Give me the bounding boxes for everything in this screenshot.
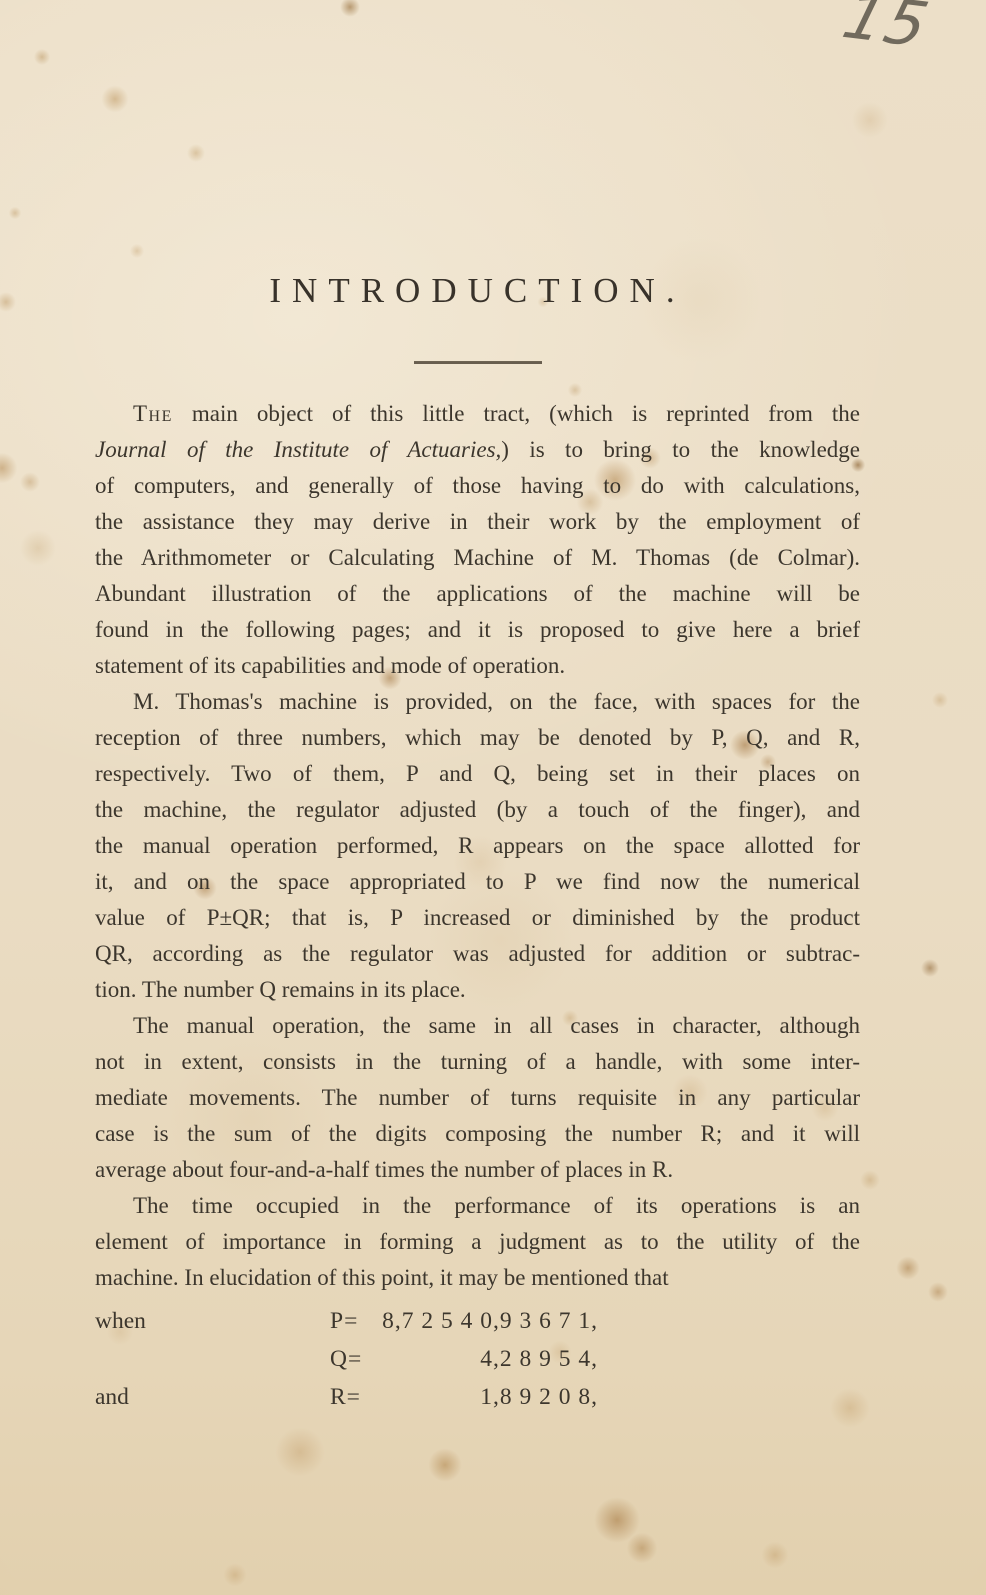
text-segment: average about four-and-a-half times the …: [95, 1157, 673, 1182]
page-title: INTRODUCTION.: [95, 271, 860, 311]
text-line: statement of its capabilities and mode o…: [95, 648, 860, 684]
text-segment: of computers, and generally of those hav…: [95, 473, 860, 498]
text-segment: found in the following pages; and it is …: [95, 617, 860, 642]
text-line: of computers, and generally of those hav…: [95, 468, 860, 504]
paragraph: M. Thomas's machine is provided, on the …: [95, 684, 860, 1008]
text-segment: tion. The number Q remains in its place.: [95, 977, 466, 1002]
text-segment: respectively. Two of them, P and Q, bein…: [95, 761, 860, 786]
text-line: Abundant illustration of the application…: [95, 576, 860, 612]
text-segment: The manual operation, the same in all ca…: [133, 1013, 860, 1038]
text-line: reception of three numbers, which may be…: [95, 720, 860, 756]
text-segment: ) is to bring to the knowledge: [501, 437, 860, 462]
text-segment: The time occupied in the performance of …: [133, 1193, 860, 1218]
text-line: the assistance they may derive in their …: [95, 504, 860, 540]
text-line: it, and on the space appropriated to P w…: [95, 864, 860, 900]
text-line: M. Thomas's machine is provided, on the …: [95, 684, 860, 720]
equation-expression: P= 8,7 2 5 4 0,9 3 6 7 1,: [330, 1302, 598, 1340]
text-segment: element of importance in forming a judgm…: [95, 1229, 860, 1254]
text-segment: The: [133, 401, 173, 426]
text-segment: mediate movements. The number of turns r…: [95, 1085, 860, 1110]
text-line: mediate movements. The number of turns r…: [95, 1080, 860, 1116]
equation-value: 4,2 8 9 5 4,: [480, 1340, 598, 1378]
text-line: not in extent, consists in the turning o…: [95, 1044, 860, 1080]
paragraph: The main object of this little tract, (w…: [95, 396, 860, 684]
text-line: average about four-and-a-half times the …: [95, 1152, 860, 1188]
text-segment: it, and on the space appropriated to P w…: [95, 869, 860, 894]
text-line: the machine, the regulator adjusted (by …: [95, 792, 860, 828]
equation-expression: R= 1,8 9 2 0 8,: [330, 1378, 598, 1416]
text-line: The time occupied in the performance of …: [95, 1188, 860, 1224]
equation-block: when P= 8,7 2 5 4 0,9 3 6 7 1, Q= 4,2 8 …: [95, 1302, 860, 1416]
text-segment: statement of its capabilities and mode o…: [95, 653, 565, 678]
text-segment: machine. In elucidation of this point, i…: [95, 1265, 669, 1290]
text-line: tion. The number Q remains in its place.: [95, 972, 860, 1008]
text-line: case is the sum of the digits composing …: [95, 1116, 860, 1152]
equation-value: 8,7 2 5 4 0,9 3 6 7 1,: [382, 1302, 598, 1340]
text-line: machine. In elucidation of this point, i…: [95, 1260, 860, 1296]
title-divider-rule: [414, 361, 542, 364]
text-line: value of P±QR; that is, P increased or d…: [95, 900, 860, 936]
text-line: respectively. Two of them, P and Q, bein…: [95, 756, 860, 792]
text-segment: the machine, the regulator adjusted (by …: [95, 797, 860, 822]
page-content: INTRODUCTION. The main object of this li…: [95, 0, 860, 1416]
text-segment: the manual operation performed, R appear…: [95, 833, 860, 858]
equation-value: 1,8 9 2 0 8,: [480, 1378, 598, 1416]
text-line: the manual operation performed, R appear…: [95, 828, 860, 864]
text-segment: Abundant illustration of the application…: [95, 581, 860, 606]
paragraph: The time occupied in the performance of …: [95, 1188, 860, 1296]
text-line: the Arithmometer or Calculating Machine …: [95, 540, 860, 576]
text-line: Journal of the Institute of Actuaries,) …: [95, 432, 860, 468]
paragraph: The manual operation, the same in all ca…: [95, 1008, 860, 1188]
text-segment: not in extent, consists in the turning o…: [95, 1049, 860, 1074]
equation-lhs: R=: [330, 1378, 361, 1416]
equation-lhs: P=: [330, 1302, 358, 1340]
scanned-page: 15 INTRODUCTION. The main object of this…: [0, 0, 986, 1595]
text-segment: the Arithmometer or Calculating Machine …: [95, 545, 860, 570]
text-segment: value of P±QR; that is, P increased or d…: [95, 905, 860, 930]
text-line: The main object of this little tract, (w…: [95, 396, 860, 432]
equation-row: and R= 1,8 9 2 0 8,: [95, 1378, 860, 1416]
text-line: element of importance in forming a judgm…: [95, 1224, 860, 1260]
equation-label: [95, 1340, 330, 1378]
text-line: QR, according as the regulator was adjus…: [95, 936, 860, 972]
text-segment: M. Thomas's machine is provided, on the …: [133, 689, 860, 714]
equation-row: when P= 8,7 2 5 4 0,9 3 6 7 1,: [95, 1302, 860, 1340]
text-segment: main object of this little tract, (which…: [173, 401, 860, 426]
equation-label: and: [95, 1378, 330, 1416]
text-line: The manual operation, the same in all ca…: [95, 1008, 860, 1044]
equation-lhs: Q=: [330, 1340, 362, 1378]
body-text: The main object of this little tract, (w…: [95, 396, 860, 1296]
text-line: found in the following pages; and it is …: [95, 612, 860, 648]
equation-row: Q= 4,2 8 9 5 4,: [95, 1340, 860, 1378]
text-segment: case is the sum of the digits composing …: [95, 1121, 860, 1146]
text-segment: Journal of the Institute of Actuaries,: [95, 437, 501, 462]
text-segment: QR, according as the regulator was adjus…: [95, 941, 860, 966]
text-segment: reception of three numbers, which may be…: [95, 725, 860, 750]
text-segment: the assistance they may derive in their …: [95, 509, 860, 534]
equation-expression: Q= 4,2 8 9 5 4,: [330, 1340, 598, 1378]
equation-label: when: [95, 1302, 330, 1340]
